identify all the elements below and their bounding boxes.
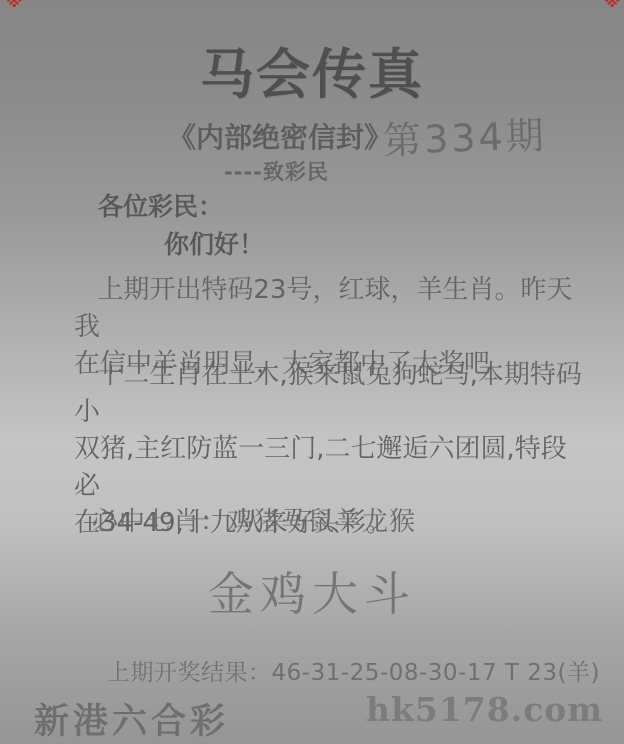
red-corner-mark-right-icon: ※ xyxy=(604,0,621,11)
seven-xiao-picks-line: 必中七肖：鸡猪马鼠羊龙猴 xyxy=(92,501,416,538)
issue-number: 第334期 xyxy=(382,104,547,165)
dedication-line: ----致彩民 xyxy=(224,156,329,186)
salutation-line: 各位彩民： xyxy=(98,187,223,223)
red-corner-mark-left-icon: ※ xyxy=(6,0,23,11)
brand-name: 新港六合彩 xyxy=(34,694,229,744)
website-url: hk5178.com xyxy=(366,690,603,729)
envelope-subtitle: 《内部绝密信封》 xyxy=(168,116,392,156)
last-draw-result-line: 上期开奖结果：46-31-25-08-30-17 T 23(羊) xyxy=(107,654,600,687)
fax-sheet-background: ※ ※ 马会传真 《内部绝密信封》 第334期 ----致彩民 各位彩民： 你们… xyxy=(0,0,624,744)
page-title: 马会传真 xyxy=(0,32,624,109)
slogan-text: 金鸡大斗 xyxy=(0,558,624,624)
greeting-line: 你们好！ xyxy=(164,225,264,261)
